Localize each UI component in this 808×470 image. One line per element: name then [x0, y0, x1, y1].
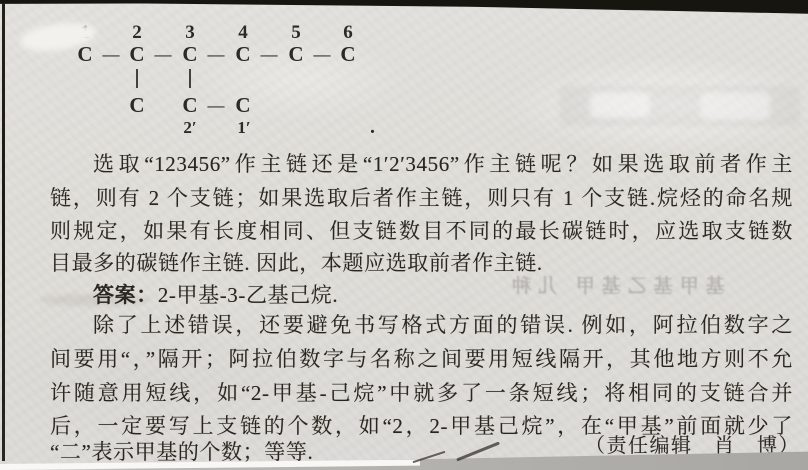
- carbon-atom-6: C: [340, 42, 355, 67]
- carbon-number-3: 3: [185, 22, 195, 44]
- paragraph-line: 间要用“，”隔开；阿拉伯数字与名称之间要用短线隔开，其他地方则不允: [50, 343, 793, 370]
- carbon-atom-5: C: [288, 42, 303, 67]
- ethyl-carbon-2prime: C: [182, 93, 197, 118]
- carbon-atom-2: C: [129, 42, 144, 67]
- bond-horizontal: —: [208, 96, 225, 116]
- bond-horizontal: —: [261, 45, 278, 65]
- answer-label: 答案：: [93, 283, 158, 307]
- scan-left-edge: [2, 3, 5, 461]
- carbon-atom-3: C: [182, 42, 197, 67]
- bond-horizontal: —: [208, 45, 225, 65]
- answer-text: 2-甲基-3-乙基己烷.: [158, 283, 338, 307]
- paragraph-line: 目最多的碳链作主链. 因此，本题应选取前者作主链.: [50, 247, 793, 274]
- paragraph-line: 除了上述错误，还要避免书写格式方面的错误. 例如，阿拉伯数字之: [50, 309, 793, 336]
- stray-period: .: [370, 116, 375, 139]
- paragraph-line: 选取“123456”作主链还是“1′2′3456”作主链呢？如果选取前者作主: [50, 148, 793, 175]
- structural-formula: 1 2 3 4 5 6 C — C — C — C — C — C C C — …: [60, 20, 380, 145]
- carbon-number-2: 2: [132, 22, 142, 44]
- carbon-atom-4: C: [235, 42, 250, 67]
- bond-vertical-c2: [136, 69, 138, 88]
- bleedthrough-patch: [700, 92, 770, 120]
- bond-horizontal: —: [155, 45, 172, 65]
- paragraph-line: 链，则有 2 个支链；如果选取后者作主链，则只有 1 个支链.烷烃的命名规: [50, 182, 793, 209]
- paragraph-line: 则规定，如果有长度相同、但支链数目不同的最长碳链时，应选取支链数: [50, 215, 793, 242]
- ethyl-carbon-1prime: C: [235, 93, 250, 118]
- label-1-prime: 1′: [237, 118, 250, 138]
- bond-horizontal: —: [103, 45, 120, 65]
- carbon-number-5: 5: [291, 22, 301, 44]
- carbon-atom-1: C: [77, 42, 92, 67]
- label-2-prime: 2′: [183, 118, 196, 138]
- bleedthrough-patch: [590, 92, 650, 118]
- carbon-number-4: 4: [238, 22, 248, 44]
- paragraph-line: 许随意用短线，如“2-甲基-己烷”中就多了一条短线；将相同的支链合并: [50, 377, 793, 404]
- bond-horizontal: —: [314, 45, 331, 65]
- bond-vertical-c3: [189, 69, 191, 88]
- answer-line: 答案：2-甲基-3-乙基己烷.: [50, 279, 793, 306]
- carbon-number-6: 6: [343, 22, 353, 44]
- methyl-carbon: C: [129, 93, 144, 118]
